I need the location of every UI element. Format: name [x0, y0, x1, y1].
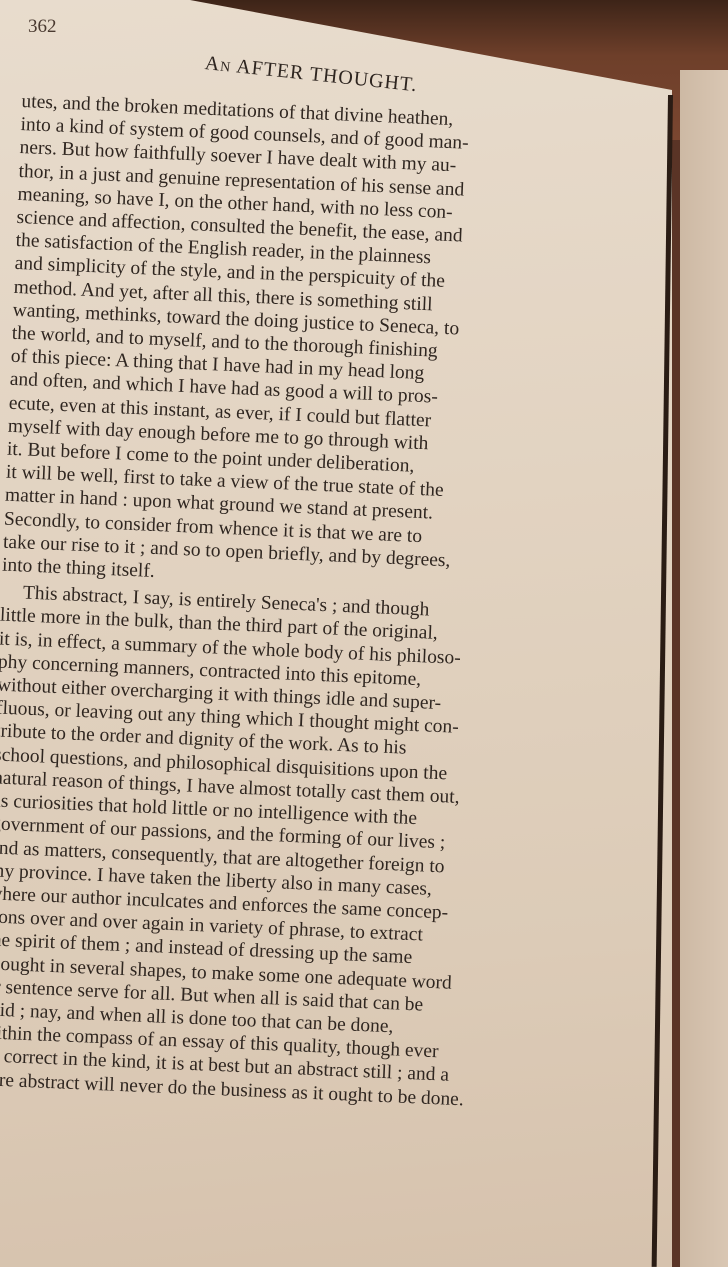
paragraph-2: This abstract, I say, is entirely Seneca…: [0, 581, 611, 1117]
body-text: utes, and the broken meditations of that…: [0, 90, 631, 1116]
paragraph-1: utes, and the broken meditations of that…: [2, 90, 632, 602]
facing-page-edge: [680, 70, 728, 1267]
page-number: 362: [28, 16, 57, 38]
